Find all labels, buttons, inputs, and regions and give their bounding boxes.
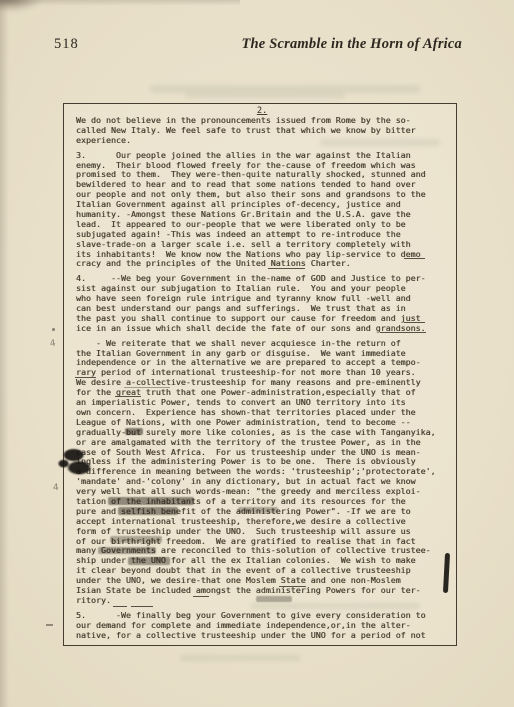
typed-underline-mark [404, 258, 425, 259]
pencil-annotation: 4 [49, 340, 56, 350]
paragraph: 4. --We beg your Government in the-name … [76, 274, 450, 333]
typed-underline-mark [404, 322, 425, 323]
paragraph: 5. -We finally beg your Government to gi… [76, 611, 450, 641]
margin-dot [52, 328, 55, 331]
page-edge-shading [0, 0, 9, 707]
paragraph: 3. Our people joined the allies in the w… [76, 151, 450, 270]
book-page: 518 The Scramble in the Horn of Africa 2… [0, 0, 514, 707]
running-title: The Scramble in the Horn of Africa [241, 36, 462, 53]
typed-underline-mark [124, 387, 170, 388]
page-edge-shading [0, 0, 240, 6]
ghost-smudge [180, 655, 300, 661]
paragraph: - We reiterate that we shall never acqui… [76, 339, 450, 606]
typed-underline-mark [75, 377, 96, 378]
typed-line: native, for a collective trusteeship und… [76, 631, 450, 641]
page-number: 518 [54, 36, 79, 53]
typed-underline-mark [193, 596, 209, 597]
ghost-smudge [185, 93, 345, 98]
ghost-smudge [250, 603, 420, 609]
typed-line: cracy and the principles of the United N… [76, 259, 450, 269]
running-header: 518 The Scramble in the Horn of Africa [0, 36, 514, 56]
typed-underline-mark [113, 606, 127, 607]
typed-underline-mark [380, 332, 426, 333]
typed-underline-mark [131, 606, 153, 607]
ink-smear [118, 507, 178, 515]
ghost-smudge [150, 85, 420, 93]
typed-underline-mark [268, 268, 305, 269]
ink-smear [128, 557, 170, 565]
ink-smear [238, 507, 278, 513]
typed-underline-mark [115, 396, 141, 397]
ink-smear [108, 497, 194, 505]
pencil-annotation: 4 [53, 484, 59, 493]
margin-dash [46, 624, 53, 626]
ink-smear [256, 596, 292, 602]
ink-smear [98, 547, 156, 554]
ink-smear [110, 536, 162, 543]
ghost-smudge [320, 139, 440, 146]
typed-line: called New Italy. We feel safe to trust … [76, 126, 450, 136]
typed-line: Isian State be included amongst the admi… [76, 586, 450, 596]
ink-smear [125, 428, 143, 435]
ink-blot [56, 446, 98, 478]
typewritten-document-frame: 2. We do not believe in the pronouncemen… [63, 103, 457, 646]
typed-underline-mark [279, 586, 306, 587]
